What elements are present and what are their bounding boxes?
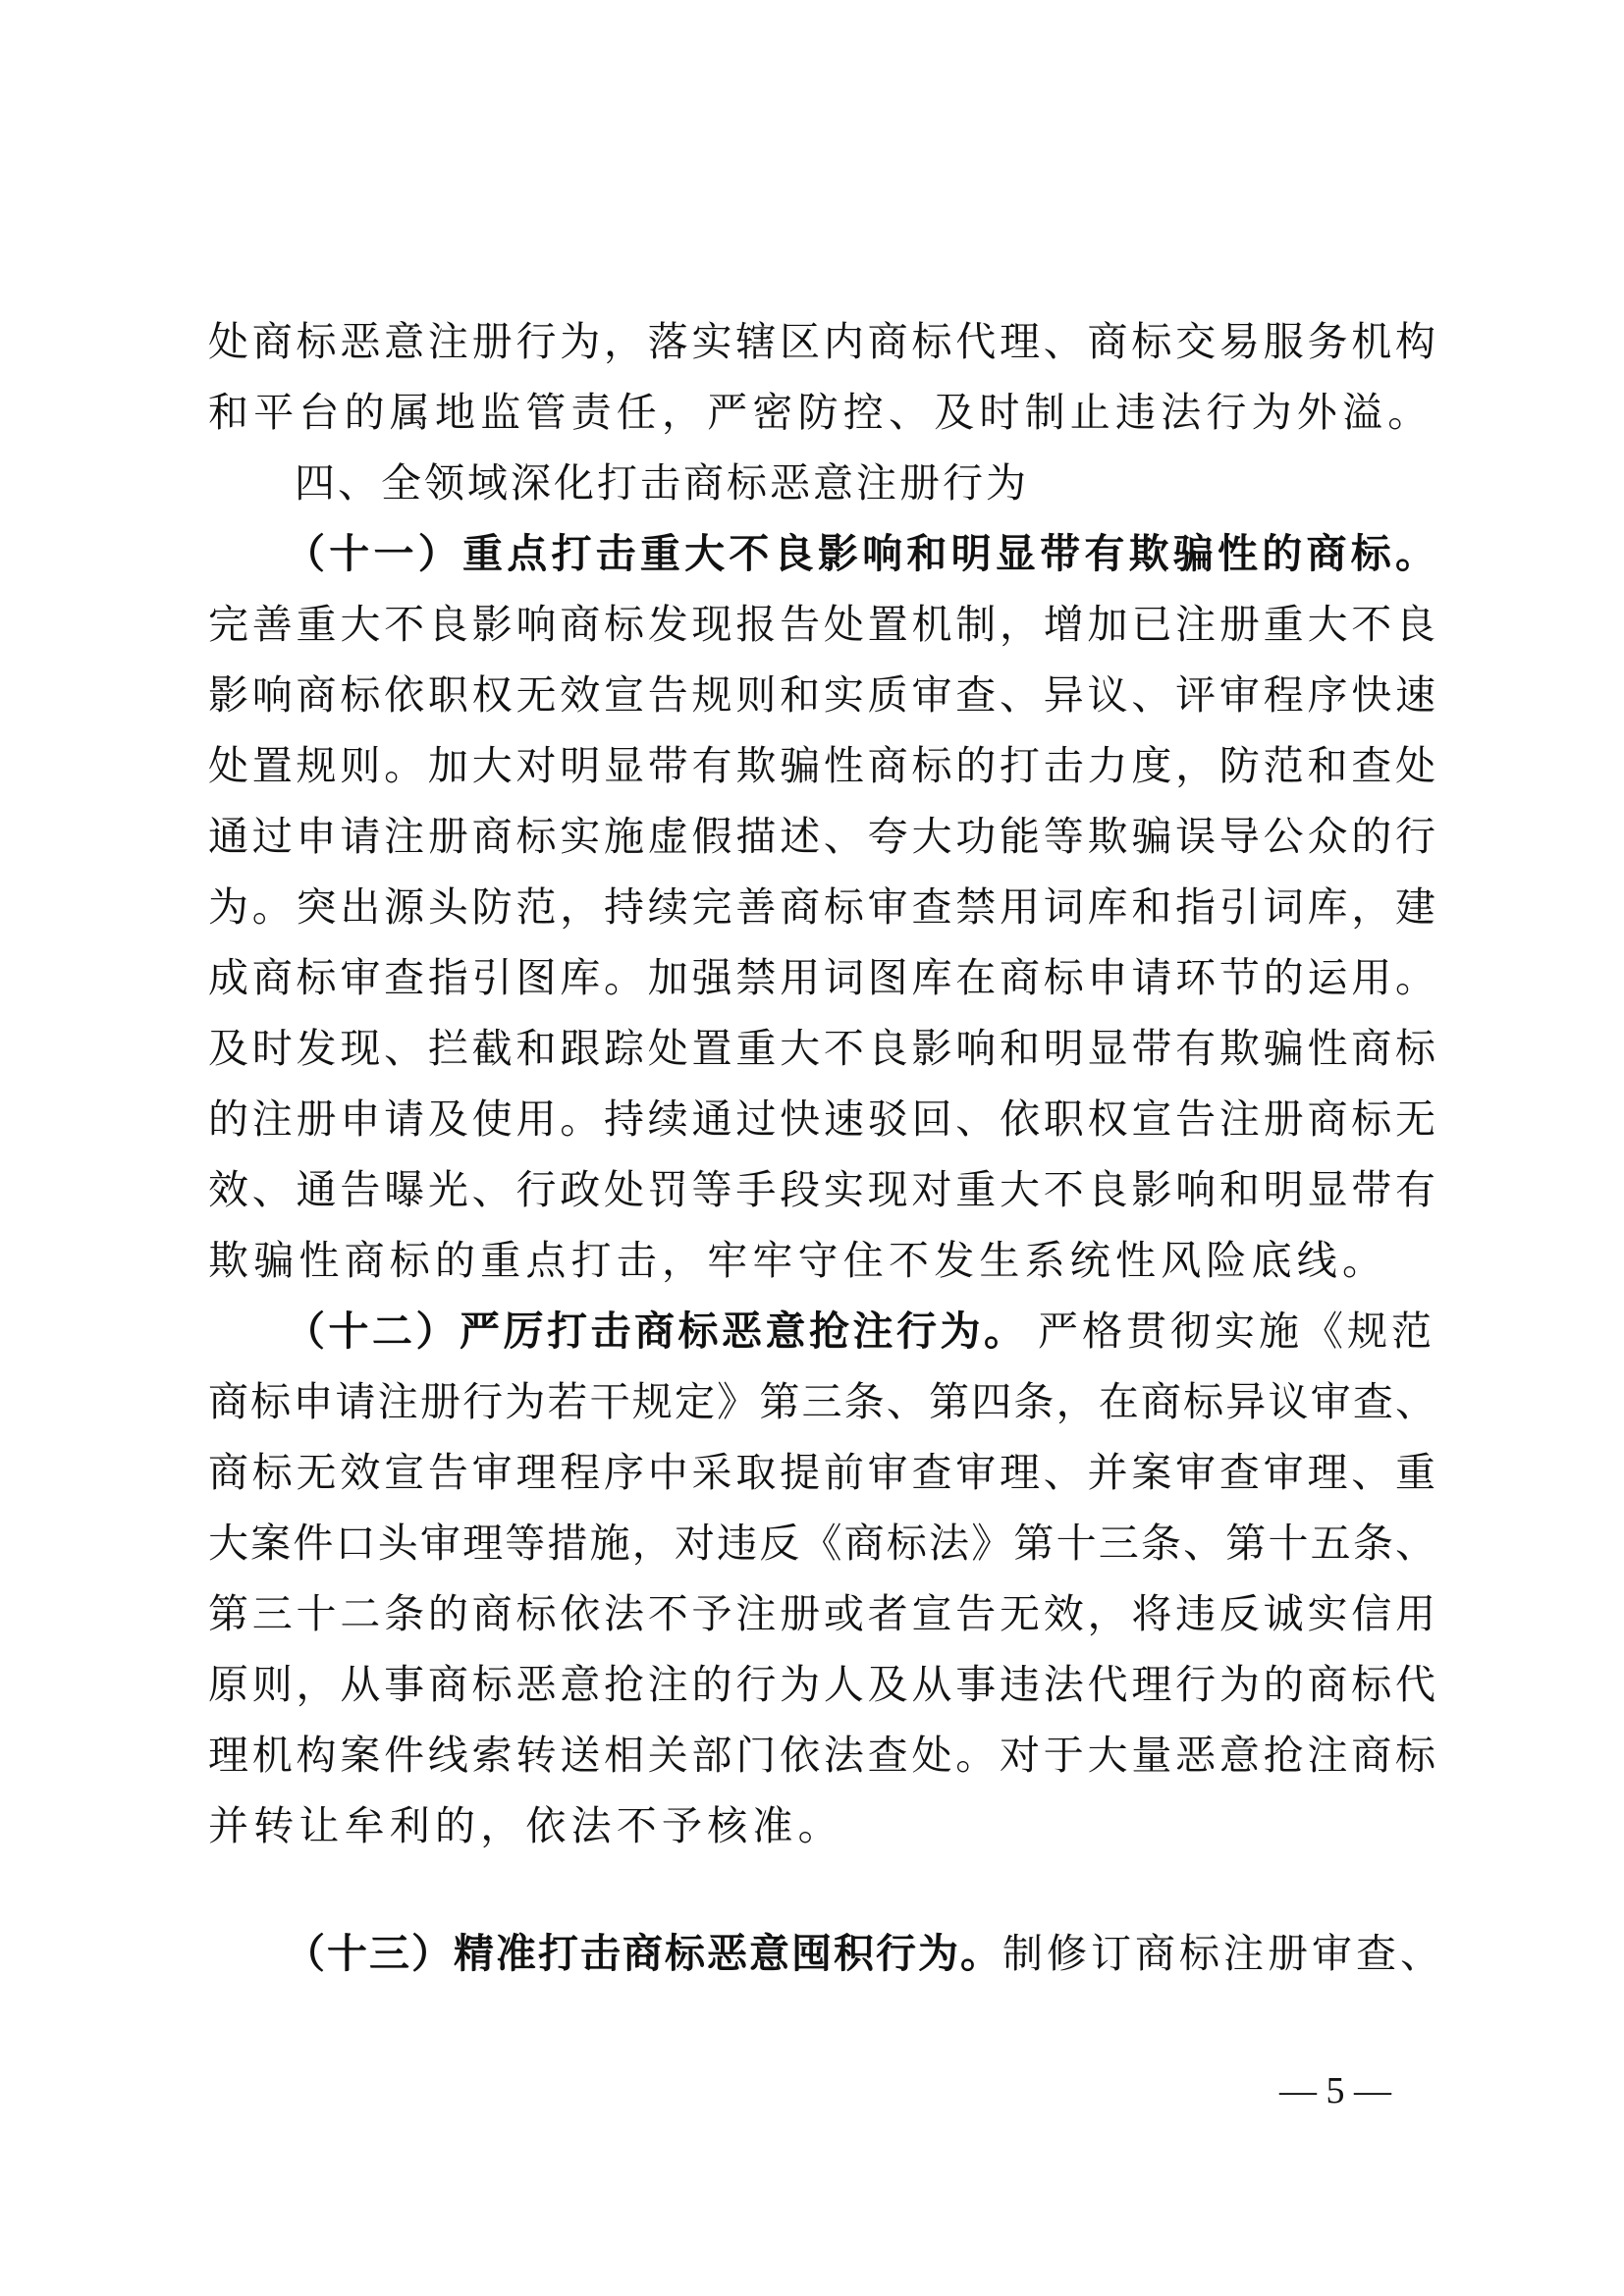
body-line: 理机构案件线索转送相关部门依法查处。对于大量恶意抢注商标 [208, 1726, 1435, 1785]
body-line: 效、通告曝光、行政处罚等手段实现对重大不良影响和明显带有 [208, 1160, 1435, 1219]
document-page: 处商标恶意注册行为，落实辖区内商标代理、商标交易服务机构 和平台的属地监管责任，… [0, 0, 1624, 2296]
body-line: 影响商标依职权无效宣告规则和实质审查、异议、评审程序快速 [208, 666, 1435, 724]
body-line: 欺骗性商标的重点打击，牢牢守住不发生系统性风险底线。 [208, 1231, 1435, 1290]
body-line: 为。突出源头防范，持续完善商标审查禁用词库和指引词库，建 [208, 878, 1435, 936]
body-line: 完善重大不良影响商标发现报告处置机制，增加已注册重大不良 [208, 595, 1435, 654]
body-line: 通过申请注册商标实施虚假描述、夸大功能等欺骗误导公众的行 [208, 807, 1435, 866]
body-line: 商标无效宣告审理程序中采取提前审查审理、并案审查审理、重 [208, 1443, 1435, 1502]
body-line: 和平台的属地监管责任，严密防控、及时制止违法行为外溢。 [208, 383, 1435, 442]
body-line: 处置规则。加大对明显带有欺骗性商标的打击力度，防范和查处 [208, 736, 1435, 795]
body-line: 大案件口头审理等措施，对违反《商标法》第十三条、第十五条、 [208, 1514, 1435, 1573]
item-13-text: 制修订商标注册审查、 [1002, 1924, 1444, 1983]
body-line: 的注册申请及使用。持续通过快速驳回、依职权宣告注册商标无 [208, 1090, 1435, 1148]
item-13-first-line: （十三）精准打击商标恶意囤积行为。 制修订商标注册审查、 [285, 1924, 1435, 1983]
item-12-first-line: （十二）严厉打击商标恶意抢注行为。 严格贯彻实施《规范 [285, 1302, 1435, 1361]
section-heading: 四、全领域深化打击商标恶意注册行为 [295, 454, 1435, 512]
body-line: 商标申请注册行为若干规定》第三条、第四条，在商标异议审查、 [208, 1372, 1435, 1431]
item-12-title: （十二）严厉打击商标恶意抢注行为。 [285, 1302, 1028, 1361]
body-line: 及时发现、拦截和跟踪处置重大不良影响和明显带有欺骗性商标 [208, 1019, 1435, 1078]
item-12-text: 严格贯彻实施《规范 [1038, 1302, 1435, 1361]
body-line: 处商标恶意注册行为，落实辖区内商标代理、商标交易服务机构 [208, 312, 1435, 371]
body-line: 成商标审查指引图库。加强禁用词图库在商标申请环节的运用。 [208, 948, 1435, 1007]
body-line: 并转让牟利的，依法不予核准。 [208, 1796, 1435, 1855]
page-number: — 5 — [1257, 2061, 1414, 2120]
body-line: 原则，从事商标恶意抢注的行为人及从事违法代理行为的商标代 [208, 1655, 1435, 1714]
item-13-title: （十三）精准打击商标恶意囤积行为。 [285, 1924, 1002, 1983]
item-11-title: （十一）重点打击重大不良影响和明显带有欺骗性的商标。 [285, 524, 1435, 583]
body-line: 第三十二条的商标依法不予注册或者宣告无效，将违反诚实信用 [208, 1584, 1435, 1643]
